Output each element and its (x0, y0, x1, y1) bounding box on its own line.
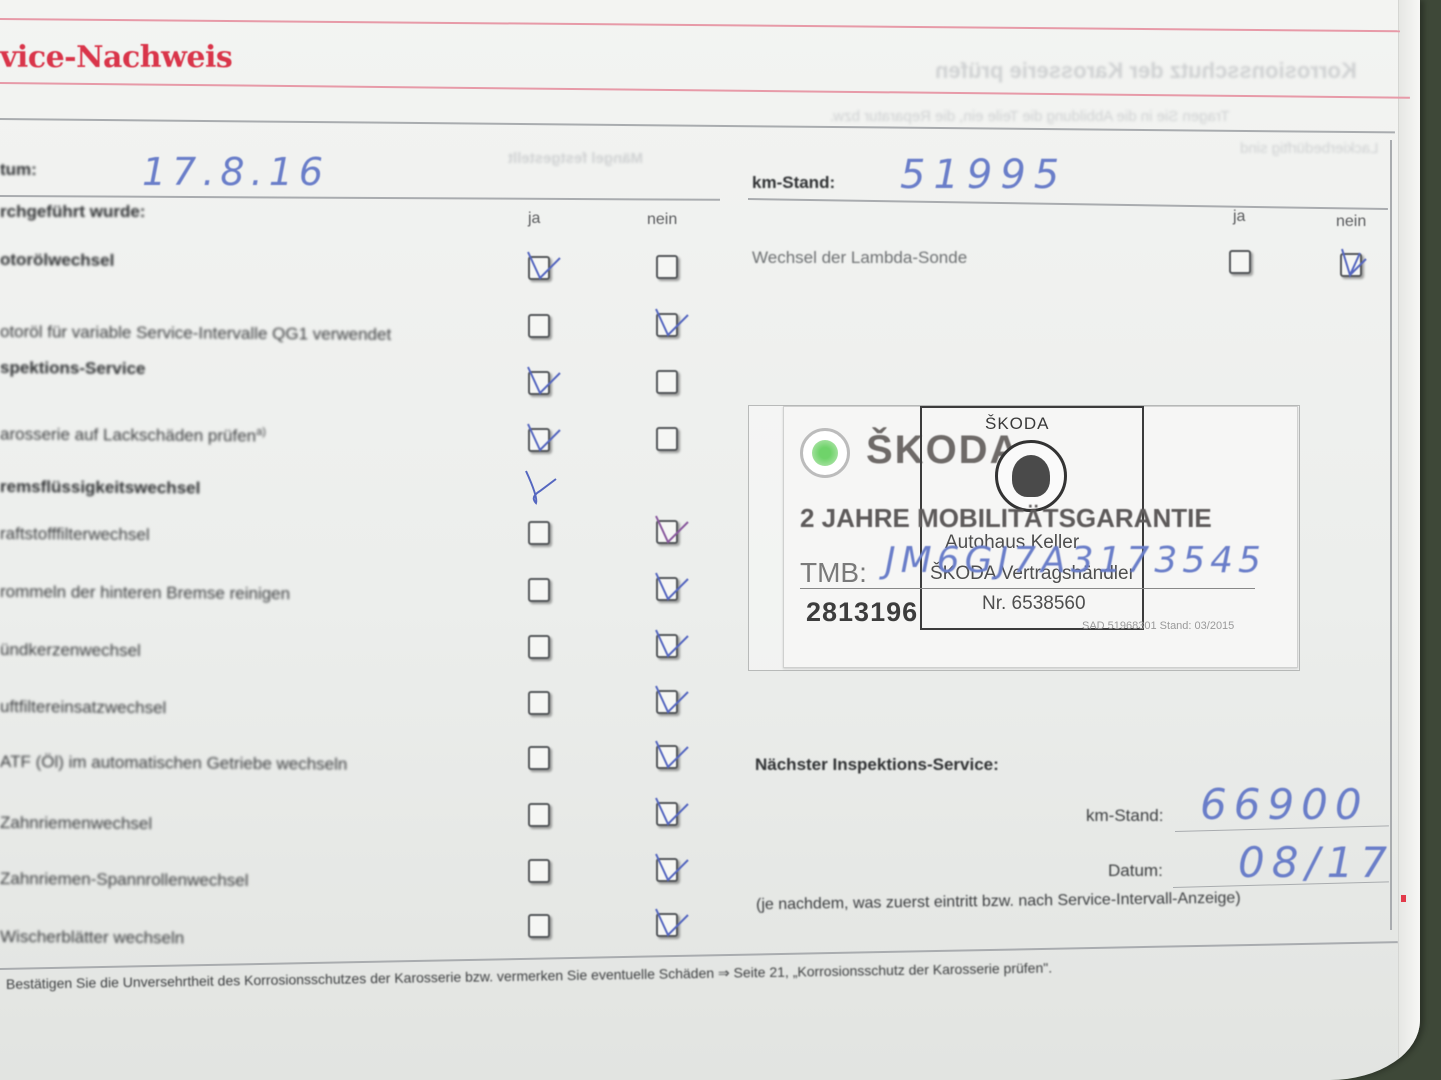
km-value[interactable]: 51995 (900, 152, 1067, 198)
next-km-value[interactable]: 66900 (1200, 780, 1369, 829)
performed-label: rchgeführt wurde: (0, 202, 145, 222)
km-label: km-Stand: (752, 173, 835, 193)
col-no-left: nein (647, 211, 677, 229)
right-box-border (1390, 140, 1392, 930)
skoda-logo-icon (800, 428, 850, 478)
checklist-item-label: Zahnriemen-Spannrollenwechsel (0, 869, 249, 891)
header-rule-top (0, 18, 1400, 32)
checklist-item-label: ündkerzenwechsel (0, 640, 141, 661)
checklist-item-label: raftstofffilterwechsel (0, 524, 150, 545)
guarantee-title: 2 JAHRE MOBILITÄTSGARANTIE (800, 503, 1212, 534)
col-yes-right: ja (1233, 208, 1245, 226)
checkbox-no[interactable] (656, 520, 678, 544)
checkbox-no[interactable] (656, 858, 678, 882)
checklist-item-label: uftfiltereinsatzwechsel (0, 697, 166, 718)
tmb-handwritten[interactable]: JM6GJ7A3173545 (885, 540, 1266, 581)
checklist-item-label: otoröl für variable Service-Intervalle Q… (0, 322, 391, 345)
stamp-brand: ŠKODA (985, 414, 1050, 434)
checkbox-yes[interactable] (528, 635, 550, 659)
checkbox-yes[interactable] (528, 914, 550, 938)
page-edge (1398, 0, 1420, 1080)
checklist-item-label: rommeln der hinteren Bremse reinigen (0, 582, 290, 604)
checkbox-yes[interactable] (528, 578, 550, 602)
service-booklet-page: vice-Nachweis Korrosionsschutz der Karos… (0, 0, 1420, 1080)
footnote-ref: a) (256, 426, 266, 438)
pen-check-icon (652, 905, 692, 945)
ghost-box-label: Mängel festgestellt (508, 150, 643, 167)
next-service-note: (je nachdem, was zuerst eintritt bzw. na… (756, 890, 1241, 915)
col-yes-left: ja (528, 210, 540, 228)
checklist-item-label: remsflüssigkeitswechsel (0, 477, 200, 499)
checkbox-no[interactable] (656, 690, 678, 714)
form-reference: SAD 51968301 Stand: 03/2015 (1082, 620, 1234, 632)
sticker-number: 2813196 (806, 597, 918, 628)
checklist-item-label: Wischerblätter wechseln (0, 927, 184, 948)
next-service-heading: Nächster Inspektions-Service: (755, 755, 999, 775)
dealer-number: Nr. 6538560 (982, 593, 1086, 615)
checklist-item-label: ATF (Öl) im automatischen Getriebe wechs… (0, 752, 347, 775)
pen-check-icon (652, 512, 692, 552)
lambda-no-checkbox[interactable] (1340, 253, 1362, 277)
lambda-label: Wechsel der Lambda-Sonde (752, 248, 967, 268)
checkbox-no[interactable] (656, 634, 678, 658)
checkbox-no[interactable] (656, 802, 678, 826)
pen-check-icon (524, 248, 564, 288)
pen-check-icon (652, 305, 692, 345)
pen-check-icon (652, 850, 692, 890)
checkbox-yes[interactable] (528, 371, 550, 395)
checkbox-no[interactable] (656, 255, 678, 279)
checkbox-no[interactable] (656, 913, 678, 937)
checkbox-no[interactable] (656, 313, 678, 337)
checkbox-no[interactable] (656, 577, 678, 601)
date-underline (0, 195, 720, 201)
checklist-item-label: spektions-Service (0, 358, 146, 379)
checkbox-yes[interactable] (528, 859, 550, 883)
section-title: vice-Nachweis (0, 40, 232, 75)
header-rule-bottom (0, 82, 1410, 99)
checklist-item-label: Zahnriemenwechsel (0, 813, 152, 834)
pen-check-icon (652, 737, 692, 777)
skoda-arrow-logo-icon (995, 440, 1067, 512)
pen-check-icon (652, 682, 692, 722)
tmb-label: TMB: (800, 557, 867, 589)
checkbox-yes[interactable] (528, 746, 550, 770)
next-date-label: Datum: (1108, 861, 1163, 881)
checkbox-yes[interactable] (528, 521, 550, 545)
checkbox-no[interactable] (656, 745, 678, 769)
date-label: tum: (0, 160, 37, 180)
checkbox-yes[interactable] (528, 256, 550, 280)
ghost-heading: Korrosionsschutz der Karosserie prüfen (935, 58, 1357, 84)
tmb-underline (800, 588, 1255, 589)
ghost-subtext-1: Tragen Sie in die Abbildung die Teile ei… (830, 108, 1229, 125)
checkbox-no[interactable] (656, 427, 678, 451)
next-km-label: km-Stand: (1086, 806, 1163, 826)
pen-check-icon[interactable] (522, 467, 562, 507)
pen-check-icon (652, 794, 692, 834)
km-underline (748, 198, 1388, 210)
next-date-value[interactable]: 08/17 (1238, 838, 1394, 887)
checkbox-yes[interactable] (528, 314, 550, 338)
checkbox-yes[interactable] (528, 428, 550, 452)
checklist-item-label: arosserie auf Lackschäden prüfena) (0, 424, 266, 447)
date-value[interactable]: 17.8.16 (142, 150, 329, 194)
ghost-subtext-2: Lackierbedürftig sind (1240, 140, 1378, 157)
lambda-yes-checkbox[interactable] (1229, 250, 1251, 274)
checkbox-yes[interactable] (528, 691, 550, 715)
pen-check-icon (652, 626, 692, 666)
col-no-right: nein (1336, 213, 1366, 231)
checkbox-no[interactable] (656, 370, 678, 394)
pen-check-icon (524, 363, 564, 403)
pen-check-icon (524, 420, 564, 460)
checklist-item-label: otorölwechsel (0, 250, 114, 271)
page-marker (1401, 895, 1406, 902)
pen-check-icon (652, 569, 692, 609)
checkbox-yes[interactable] (528, 803, 550, 827)
pen-check-icon (1336, 245, 1376, 285)
